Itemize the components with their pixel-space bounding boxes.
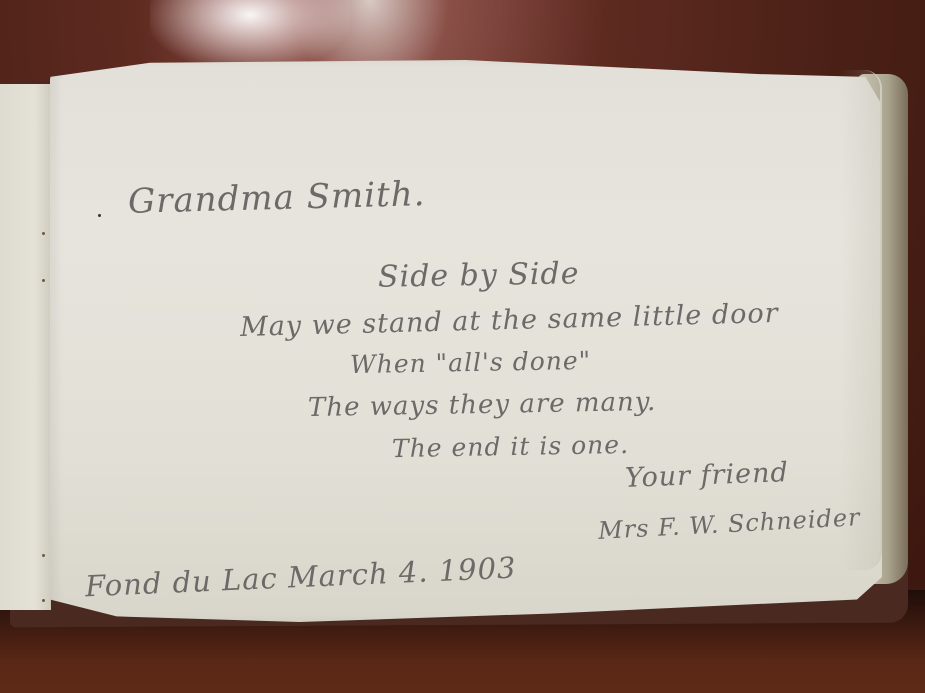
page-stack-edge (840, 70, 882, 570)
poem-title: Side by Side (378, 256, 580, 295)
poem-line-4: The end it is one. (392, 430, 630, 463)
binding-stitch (42, 232, 45, 235)
poem-line-2: When "all's done" (350, 346, 592, 379)
binding-stitch (42, 279, 45, 282)
poem-line-3: The ways they are many. (308, 387, 657, 423)
light-glare (150, 0, 350, 70)
salutation: Grandma Smith. (128, 174, 426, 222)
ink-dot (98, 214, 101, 217)
binding-stitch (42, 599, 45, 602)
left-page (0, 84, 51, 610)
closing: Your friend (625, 457, 790, 494)
right-page (50, 60, 882, 622)
binding-stitch (42, 554, 45, 557)
